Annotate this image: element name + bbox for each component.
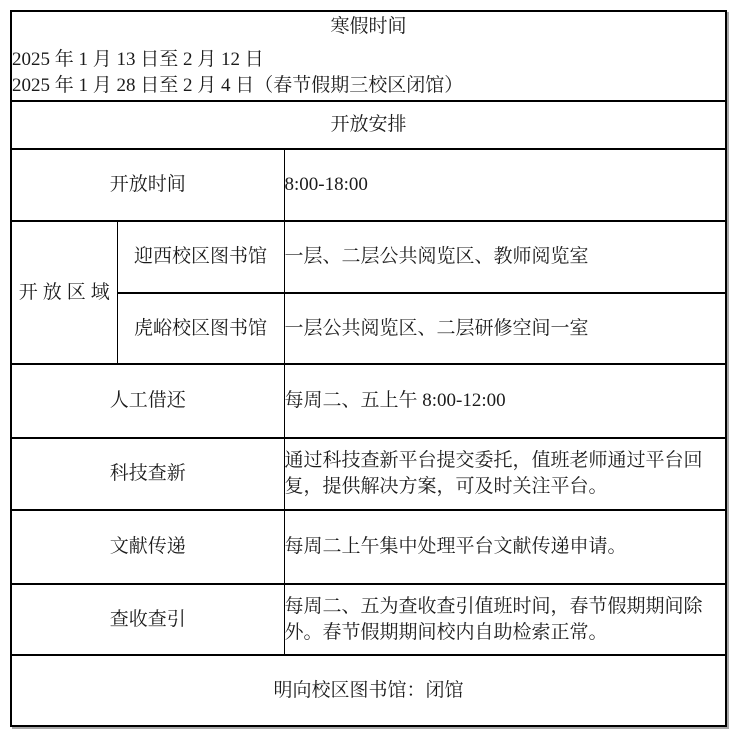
- mingxiang-closed-note: 明向校区图书馆：闭馆: [11, 655, 726, 726]
- branch-huyu-areas: 一层公共阅览区、二层研修空间一室: [284, 293, 726, 364]
- novelty-search-label: 科技查新: [11, 438, 284, 510]
- table-row: 科技查新 通过科技查新平台提交委托，值班老师通过平台回复，提供解决方案，可及时关…: [11, 438, 726, 510]
- vacation-period-cell: 寒假时间 2025 年 1 月 13 日至 2 月 12 日 2025 年 1 …: [11, 11, 726, 101]
- winter-schedule-table: 寒假时间 2025 年 1 月 13 日至 2 月 12 日 2025 年 1 …: [10, 10, 727, 727]
- open-time-label: 开放时间: [11, 149, 284, 221]
- table-row: 明向校区图书馆：闭馆: [11, 655, 726, 726]
- table-row: 文献传递 每周二上午集中处理平台文献传递申请。: [11, 510, 726, 584]
- table-row: 人工借还 每周二、五上午 8:00-12:00: [11, 364, 726, 438]
- table-row: 开放区域 迎西校区图书馆 一层、二层公共阅览区、教师阅览室: [11, 221, 726, 293]
- citation-check-value: 每周二、五为查收查引值班时间，春节假期期间除外。春节假期期间校内自助检索正常。: [284, 584, 726, 655]
- vacation-date-line2: 2025 年 1 月 28 日至 2 月 4 日（春节假期三校区闭馆）: [12, 73, 725, 99]
- document-delivery-value: 每周二上午集中处理平台文献传递申请。: [284, 510, 726, 584]
- branch-huyu-name: 虎峪校区图书馆: [117, 293, 284, 364]
- table-row: 虎峪校区图书馆 一层公共阅览区、二层研修空间一室: [11, 293, 726, 364]
- citation-check-label: 查收查引: [11, 584, 284, 655]
- manual-circulation-label: 人工借还: [11, 364, 284, 438]
- table-row: 查收查引 每周二、五为查收查引值班时间，春节假期期间除外。春节假期期间校内自助检…: [11, 584, 726, 655]
- table-row: 开放时间 8:00-18:00: [11, 149, 726, 221]
- manual-circulation-value: 每周二、五上午 8:00-12:00: [284, 364, 726, 438]
- open-area-label: 开放区域: [11, 221, 117, 364]
- branch-yingxi-name: 迎西校区图书馆: [117, 221, 284, 293]
- vacation-date-line1: 2025 年 1 月 13 日至 2 月 12 日: [12, 47, 725, 73]
- vacation-title: 寒假时间: [12, 14, 725, 40]
- open-time-value: 8:00-18:00: [284, 149, 726, 221]
- novelty-search-value: 通过科技查新平台提交委托，值班老师通过平台回复，提供解决方案，可及时关注平台。: [284, 438, 726, 510]
- table-row: 开放安排: [11, 101, 726, 149]
- notice-page: 寒假时间 2025 年 1 月 13 日至 2 月 12 日 2025 年 1 …: [0, 0, 741, 735]
- table-row: 寒假时间 2025 年 1 月 13 日至 2 月 12 日 2025 年 1 …: [11, 11, 726, 101]
- schedule-section-header: 开放安排: [11, 101, 726, 149]
- branch-yingxi-areas: 一层、二层公共阅览区、教师阅览室: [284, 221, 726, 293]
- document-delivery-label: 文献传递: [11, 510, 284, 584]
